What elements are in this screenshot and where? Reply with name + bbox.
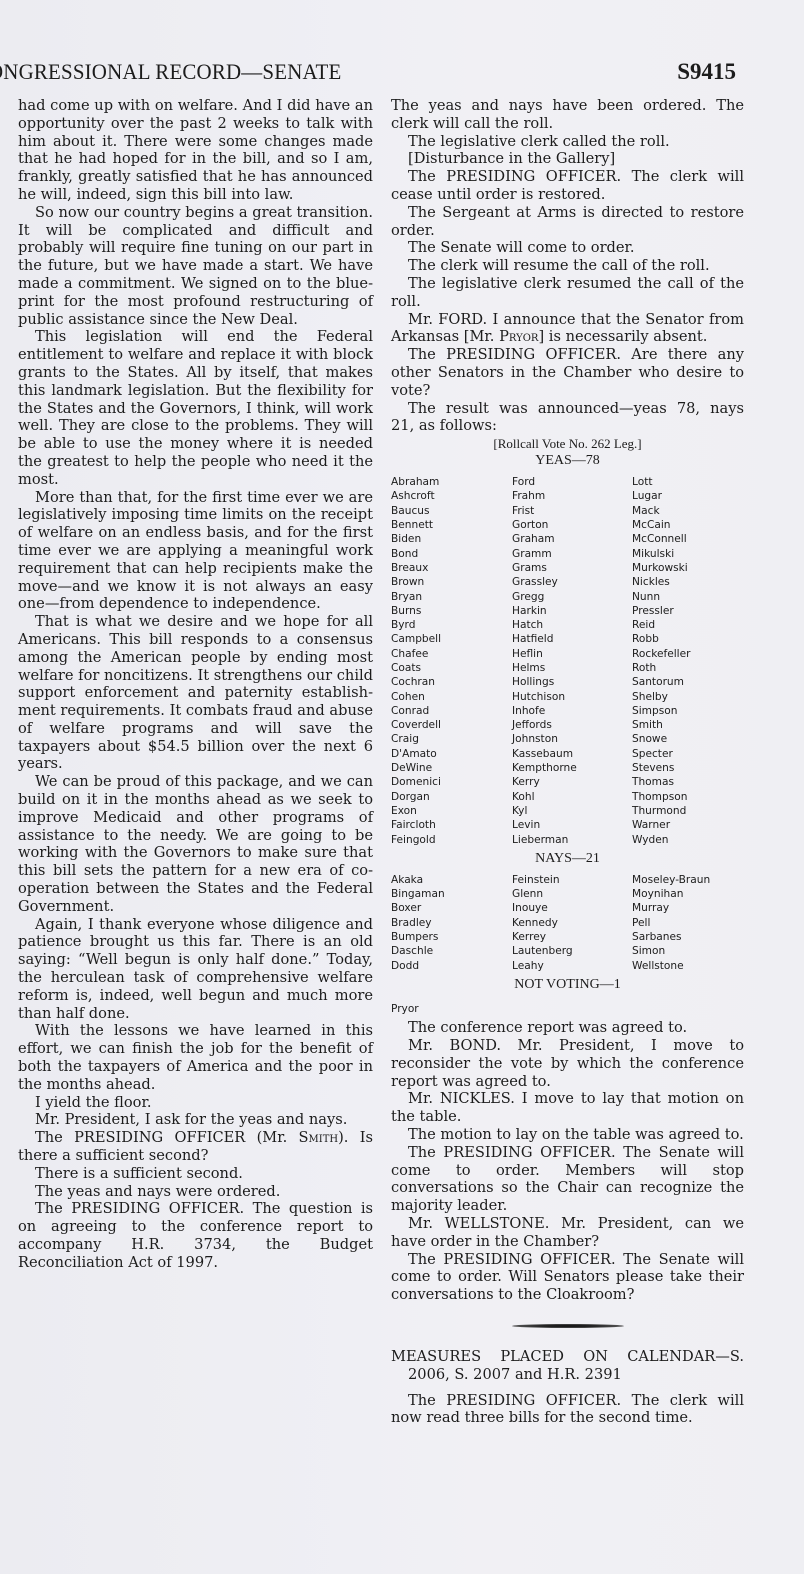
senator-name: Baucus [391, 504, 512, 518]
senator-name: Wellstone [632, 959, 744, 973]
rollcall-caption: [Rollcall Vote No. 262 Leg.] [391, 435, 744, 452]
senator-name: Pressler [632, 604, 744, 618]
paragraph: The legislative clerk resumed the call o… [391, 275, 744, 311]
paragraph: Mr. NICKLES. I move to lay that mo­tion … [391, 1090, 744, 1126]
senator-name: Smith [632, 718, 744, 732]
senator-name: Feingold [391, 833, 512, 847]
senator-name: Shelby [632, 690, 744, 704]
section-heading: MEASURES PLACED ON CAL­ENDAR—S. 2006, S.… [391, 1348, 744, 1384]
senator-name: Pryor [391, 1002, 512, 1016]
senator-name: Bumpers [391, 930, 512, 944]
senator-name: Coverdell [391, 718, 512, 732]
senator-name: Thurmond [632, 804, 744, 818]
senator-name: Mikulski [632, 547, 744, 561]
nays-heading: NAYS—21 [391, 850, 744, 868]
senator-name: Ford [512, 475, 632, 489]
senator-name: Gorton [512, 518, 632, 532]
senator-name: Levin [512, 818, 632, 832]
senator-name: Frist [512, 504, 632, 518]
paragraph: The PRESIDING OFFICER. The Sen­ate will … [391, 1251, 744, 1304]
senator-name: Bryan [391, 590, 512, 604]
senator-name: Conrad [391, 704, 512, 718]
not-voting-heading: NOT VOTING—1 [391, 976, 744, 994]
paragraph: This legislation will end the Federal en… [18, 328, 373, 488]
senator-name: Simon [632, 944, 744, 958]
paragraph: So now our country begins a great transi… [18, 204, 373, 329]
senator-name: Abraham [391, 475, 512, 489]
yeas-list: AbrahamAshcroftBaucusBennettBidenBondBre… [391, 475, 744, 847]
senator-name: Chafee [391, 647, 512, 661]
nays-list: AkakaBingamanBoxerBradleyBumpersDaschleD… [391, 873, 744, 973]
paragraph: The PRESIDING OFFICER. The clerk will no… [391, 1392, 744, 1428]
senator-name: Nunn [632, 590, 744, 604]
senator-name: Jeffords [512, 718, 632, 732]
paragraph: There is a sufficient second. [18, 1165, 373, 1183]
senator-name: Leahy [512, 959, 632, 973]
senator-name: Johnston [512, 732, 632, 746]
ford-statement: Mr. FORD. I announce that the Sen­ator f… [391, 311, 744, 347]
senator-name: Craig [391, 732, 512, 746]
senator-name: Coats [391, 661, 512, 675]
senator-name: Murkowski [632, 561, 744, 575]
left-column: had come up with on welfare. And I did h… [18, 97, 373, 1272]
senator-name: Daschle [391, 944, 512, 958]
senator-name: Bennett [391, 518, 512, 532]
paragraph: The PRESIDING OFFICER. The Sen­ate will … [391, 1144, 744, 1215]
senator-name: D'Amato [391, 747, 512, 761]
senator-name: Dodd [391, 959, 512, 973]
paragraph: The clerk will resume the call of the ro… [391, 257, 744, 275]
senator-name: Pell [632, 916, 744, 930]
senator-name: DeWine [391, 761, 512, 775]
senator-name: Reid [632, 618, 744, 632]
senator-name: Gramm [512, 547, 632, 561]
senator-name: Santorum [632, 675, 744, 689]
senator-name: Akaka [391, 873, 512, 887]
senator-name: Dorgan [391, 790, 512, 804]
senator-name: Hatfield [512, 632, 632, 646]
publication-title: ONGRESSIONAL RECORD—SENATE [0, 59, 341, 85]
paragraph: The result was announced—yeas 78, nays 2… [391, 400, 744, 436]
senator-name: Bingaman [391, 887, 512, 901]
paragraph: The PRESIDING OFFICER. Are there any oth… [391, 346, 744, 399]
paragraph: The yeas and nays were ordered. [18, 1183, 373, 1201]
right-column: The yeas and nays have been ordered. The… [391, 97, 744, 1427]
paragraph: The conference report was agreed to. [391, 1019, 744, 1037]
senator-name: Exon [391, 804, 512, 818]
senator-name: Graham [512, 532, 632, 546]
paragraph: I yield the floor. [18, 1094, 373, 1112]
senator-name: Gregg [512, 590, 632, 604]
senator-name: Stevens [632, 761, 744, 775]
paragraph: Mr. BOND. Mr. President, I move to recon… [391, 1037, 744, 1090]
senator-name: Roth [632, 661, 744, 675]
presiding-officer-paragraph: The PRESIDING OFFICER (Mr. Smith). Is th… [18, 1129, 373, 1165]
senator-name: Ashcroft [391, 489, 512, 503]
senator-name: Bradley [391, 916, 512, 930]
senator-name: Grassley [512, 575, 632, 589]
senator-name: Biden [391, 532, 512, 546]
senator-name: McCain [632, 518, 744, 532]
senator-name: Nickles [632, 575, 744, 589]
senator-name: Kohl [512, 790, 632, 804]
senator-name: Grams [512, 561, 632, 575]
senator-name: Burns [391, 604, 512, 618]
senator-name: Lautenberg [512, 944, 632, 958]
page-header: ONGRESSIONAL RECORD—SENATE S9415 [0, 59, 748, 83]
paragraph: The Senate will come to order. [391, 239, 744, 257]
senator-name: Campbell [391, 632, 512, 646]
paragraph: The motion to lay on the table was agree… [391, 1126, 744, 1144]
senator-name: Lott [632, 475, 744, 489]
senator-name: Kassebaum [512, 747, 632, 761]
senator-name: Boxer [391, 901, 512, 915]
section-divider [512, 1324, 624, 1328]
senator-name: Specter [632, 747, 744, 761]
paragraph: The PRESIDING OFFICER. The question is o… [18, 1200, 373, 1271]
senator-name: Robb [632, 632, 744, 646]
paragraph: With the lessons we have learned in this… [18, 1022, 373, 1093]
senator-name: McConnell [632, 532, 744, 546]
paragraph: That is what we desire and we hope for a… [18, 613, 373, 773]
senator-name: Hollings [512, 675, 632, 689]
senator-name: Kempthorne [512, 761, 632, 775]
senator-name: Simpson [632, 704, 744, 718]
senator-name: Harkin [512, 604, 632, 618]
not-voting-list: Pryor [391, 1002, 744, 1016]
senator-name: Moynihan [632, 887, 744, 901]
senator-name: Glenn [512, 887, 632, 901]
senator-name: Inouye [512, 901, 632, 915]
senator-name: Kennedy [512, 916, 632, 930]
senator-name: Kyl [512, 804, 632, 818]
paragraph: The Sergeant at Arms is directed to rest… [391, 204, 744, 240]
senator-name: Rockefeller [632, 647, 744, 661]
senator-name: Smith [299, 1129, 339, 1146]
senator-name: Lugar [632, 489, 744, 503]
senator-name: Helms [512, 661, 632, 675]
senator-name: Warner [632, 818, 744, 832]
senator-name: Faircloth [391, 818, 512, 832]
yeas-heading: YEAS—78 [391, 452, 744, 470]
senator-name: Hatch [512, 618, 632, 632]
senator-name: Kerry [512, 775, 632, 789]
senator-name: Lieberman [512, 833, 632, 847]
paragraph: [Disturbance in the Gallery] [391, 150, 744, 168]
paragraph: Mr. President, I ask for the yeas and na… [18, 1111, 373, 1129]
senator-name: Feinstein [512, 873, 632, 887]
paragraph: Mr. WELLSTONE. Mr. President, can we hav… [391, 1215, 744, 1251]
paragraph: had come up with on welfare. And I did h… [18, 97, 373, 204]
paragraph: We can be proud of this package, and we … [18, 773, 373, 915]
senator-name: Byrd [391, 618, 512, 632]
senator-name: Snowe [632, 732, 744, 746]
paragraph: The PRESIDING OFFICER. The clerk will ce… [391, 168, 744, 204]
senator-name: Thompson [632, 790, 744, 804]
senator-name: Cochran [391, 675, 512, 689]
senator-name: Bond [391, 547, 512, 561]
senator-name: Inhofe [512, 704, 632, 718]
senator-name: Domenici [391, 775, 512, 789]
senator-name: Breaux [391, 561, 512, 575]
senator-name: Frahm [512, 489, 632, 503]
senator-name: Wyden [632, 833, 744, 847]
senator-name: Murray [632, 901, 744, 915]
senator-name: Mack [632, 504, 744, 518]
senator-name: Thomas [632, 775, 744, 789]
senator-name: Heflin [512, 647, 632, 661]
paragraph: More than that, for the first time ever … [18, 489, 373, 614]
senator-name: Brown [391, 575, 512, 589]
senator-name: Kerrey [512, 930, 632, 944]
senator-name: Cohen [391, 690, 512, 704]
senator-name: Hutchison [512, 690, 632, 704]
senator-name: Moseley-Braun [632, 873, 744, 887]
paragraph: The legislative clerk called the roll. [391, 133, 744, 151]
page-number: S9415 [677, 59, 736, 85]
paragraph: Again, I thank everyone whose dili­gence… [18, 916, 373, 1023]
paragraph: The yeas and nays have been ordered. The… [391, 97, 744, 133]
senator-name: Sarbanes [632, 930, 744, 944]
senator-name: Pryor [499, 328, 538, 345]
